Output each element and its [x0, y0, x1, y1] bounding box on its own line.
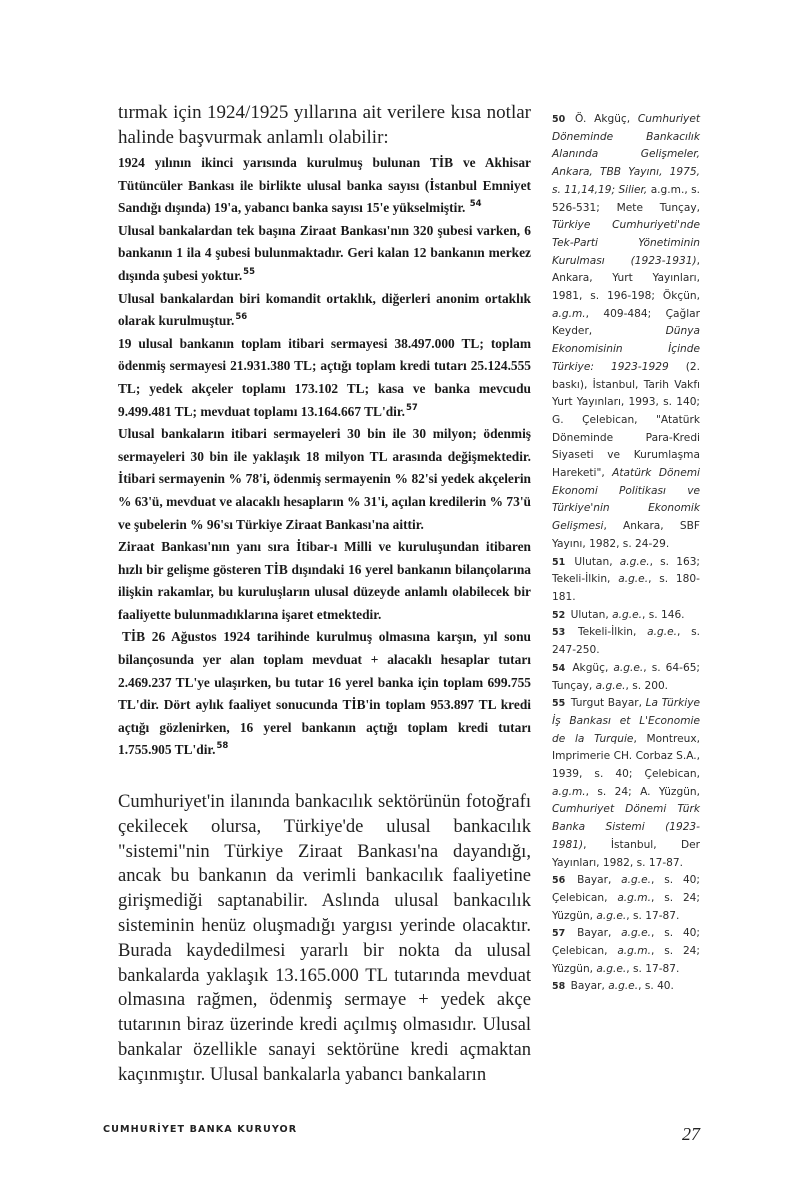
footnote-number: 54: [552, 663, 565, 674]
data-note-paragraph: Ulusal bankalardan tek başına Ziraat Ban…: [118, 220, 531, 288]
page-number: 27: [682, 1124, 700, 1145]
data-note-paragraph: 1924 yılının ikinci yarısında kurulmuş b…: [118, 152, 531, 220]
footnote-ref[interactable]: 58: [216, 741, 228, 751]
footnote-text: a.g.e.: [620, 556, 650, 568]
footnote-text: , s. 146.: [642, 609, 685, 621]
footnote-text: a.g.e.: [596, 910, 626, 922]
footnote-number: 55: [552, 698, 565, 709]
footnote-57: 57 Bayar, a.g.e., s. 40; Çelebican, a.g.…: [552, 925, 700, 978]
paragraph-text: Ulusal bankaların itibari sermayeleri 30…: [118, 426, 531, 531]
footnote-53: 53 Tekeli-İlkin, a.g.e., s. 247-250.: [552, 624, 700, 659]
footnote-text: a.g.m.: [552, 786, 586, 798]
footnote-52: 52 Ulutan, a.g.e., s. 146.: [552, 607, 700, 625]
footnote-text: (2. baskı), İstanbul, Tarih Vakfı Yurt Y…: [552, 361, 700, 479]
footnote-text: Tekeli-İlkin,: [578, 626, 647, 638]
paragraph-text: Ulusal bankalardan tek başına Ziraat Ban…: [118, 223, 531, 283]
footnote-text: Bayar,: [577, 927, 621, 939]
footnote-text: Bayar,: [577, 874, 621, 886]
footnote-55: 55 Turgut Bayar, La Türkiye İş Bankası e…: [552, 695, 700, 872]
main-text-column: tırmak için 1924/1925 yıllarına ait veri…: [118, 100, 531, 1106]
paragraph-text: 19 ulusal bankanın toplam itibari sermay…: [118, 336, 531, 419]
footnote-text: Turgut Bayar,: [571, 697, 646, 709]
footnote-number: 58: [552, 981, 565, 992]
footnote-text: a.g.e.: [596, 680, 626, 692]
footnote-number: 52: [552, 610, 565, 621]
running-title: CUMHURİYET BANKA KURUYOR: [103, 1124, 297, 1135]
footnote-text: a.g.m.: [552, 308, 586, 320]
footnote-text: a.g.m.: [617, 945, 651, 957]
paragraph-text: TİB 26 Ağustos 1924 tarihinde kurulmuş o…: [118, 629, 531, 757]
footnote-text: a.g.e.: [621, 874, 651, 886]
footnote-text: , s. 24; A. Yüzgün,: [586, 786, 700, 798]
footnote-56: 56 Bayar, a.g.e., s. 40; Çelebican, a.g.…: [552, 872, 700, 925]
footnote-text: Ulutan,: [574, 556, 619, 568]
data-notes-block: 1924 yılının ikinci yarısında kurulmuş b…: [118, 152, 531, 762]
paragraph-text: Ziraat Bankası'nın yanı sıra İtibar-ı Mi…: [118, 539, 531, 622]
footnote-text: Ö. Akgüç,: [575, 113, 638, 125]
footnote-text: Ulutan,: [571, 609, 613, 621]
footnote-ref[interactable]: 56: [235, 312, 247, 322]
footnote-text: a.g.e.: [621, 927, 651, 939]
data-note-paragraph: TİB 26 Ağustos 1924 tarihinde kurulmuş o…: [118, 626, 531, 762]
footnote-ref[interactable]: 54: [470, 199, 482, 209]
footnote-50: 50 Ö. Akgüç, Cumhuriyet Döneminde Bankac…: [552, 111, 700, 554]
footnote-text: a.g.e.: [618, 573, 648, 585]
footnote-54: 54 Akgüç, a.g.e., s. 64-65; Tunçay, a.g.…: [552, 660, 700, 695]
data-note-paragraph: Ulusal bankaların itibari sermayeleri 30…: [118, 423, 531, 536]
footnote-ref[interactable]: 57: [406, 403, 418, 413]
footnote-number: 53: [552, 627, 565, 638]
footnote-text: a.g.e.: [612, 609, 642, 621]
closing-paragraph: Cumhuriyet'in ilanında bankacılık sektör…: [118, 790, 531, 1088]
footnote-number: 50: [552, 114, 565, 125]
footnote-text: Akgüç,: [572, 662, 613, 674]
footnote-58: 58 Bayar, a.g.e., s. 40.: [552, 978, 700, 996]
footnote-text: , s. 200.: [625, 680, 668, 692]
footnote-ref[interactable]: 55: [243, 267, 255, 277]
footnote-text: , s. 17-87.: [626, 910, 679, 922]
data-note-paragraph: 19 ulusal bankanın toplam itibari sermay…: [118, 333, 531, 423]
footnote-text: a.g.e.: [608, 980, 638, 992]
footnote-51: 51 Ulutan, a.g.e., s. 163; Tekeli-İlkin,…: [552, 554, 700, 607]
paragraph-text: Ulusal bankalardan biri komandit ortaklı…: [118, 291, 531, 329]
footnote-number: 56: [552, 875, 565, 886]
footnote-text: a.g.e.: [647, 626, 677, 638]
footnote-text: , s. 17-87.: [626, 963, 679, 975]
footnote-number: 51: [552, 557, 565, 568]
footnote-text: Türkiye Cumhuriyeti'nde Tek-Parti Yöneti…: [552, 219, 700, 266]
footnote-text: a.g.e.: [613, 662, 643, 674]
footnote-text: Bayar,: [571, 980, 609, 992]
footnote-text: , s. 40.: [638, 980, 674, 992]
footnote-text: a.g.e.: [596, 963, 626, 975]
intro-paragraph: tırmak için 1924/1925 yıllarına ait veri…: [118, 100, 531, 150]
footnotes-column: 50 Ö. Akgüç, Cumhuriyet Döneminde Bankac…: [552, 111, 700, 996]
data-note-paragraph: Ulusal bankalardan biri komandit ortaklı…: [118, 288, 531, 333]
footnote-text: a.g.m.: [617, 892, 651, 904]
footnote-number: 57: [552, 928, 565, 939]
data-note-paragraph: Ziraat Bankası'nın yanı sıra İtibar-ı Mi…: [118, 536, 531, 626]
